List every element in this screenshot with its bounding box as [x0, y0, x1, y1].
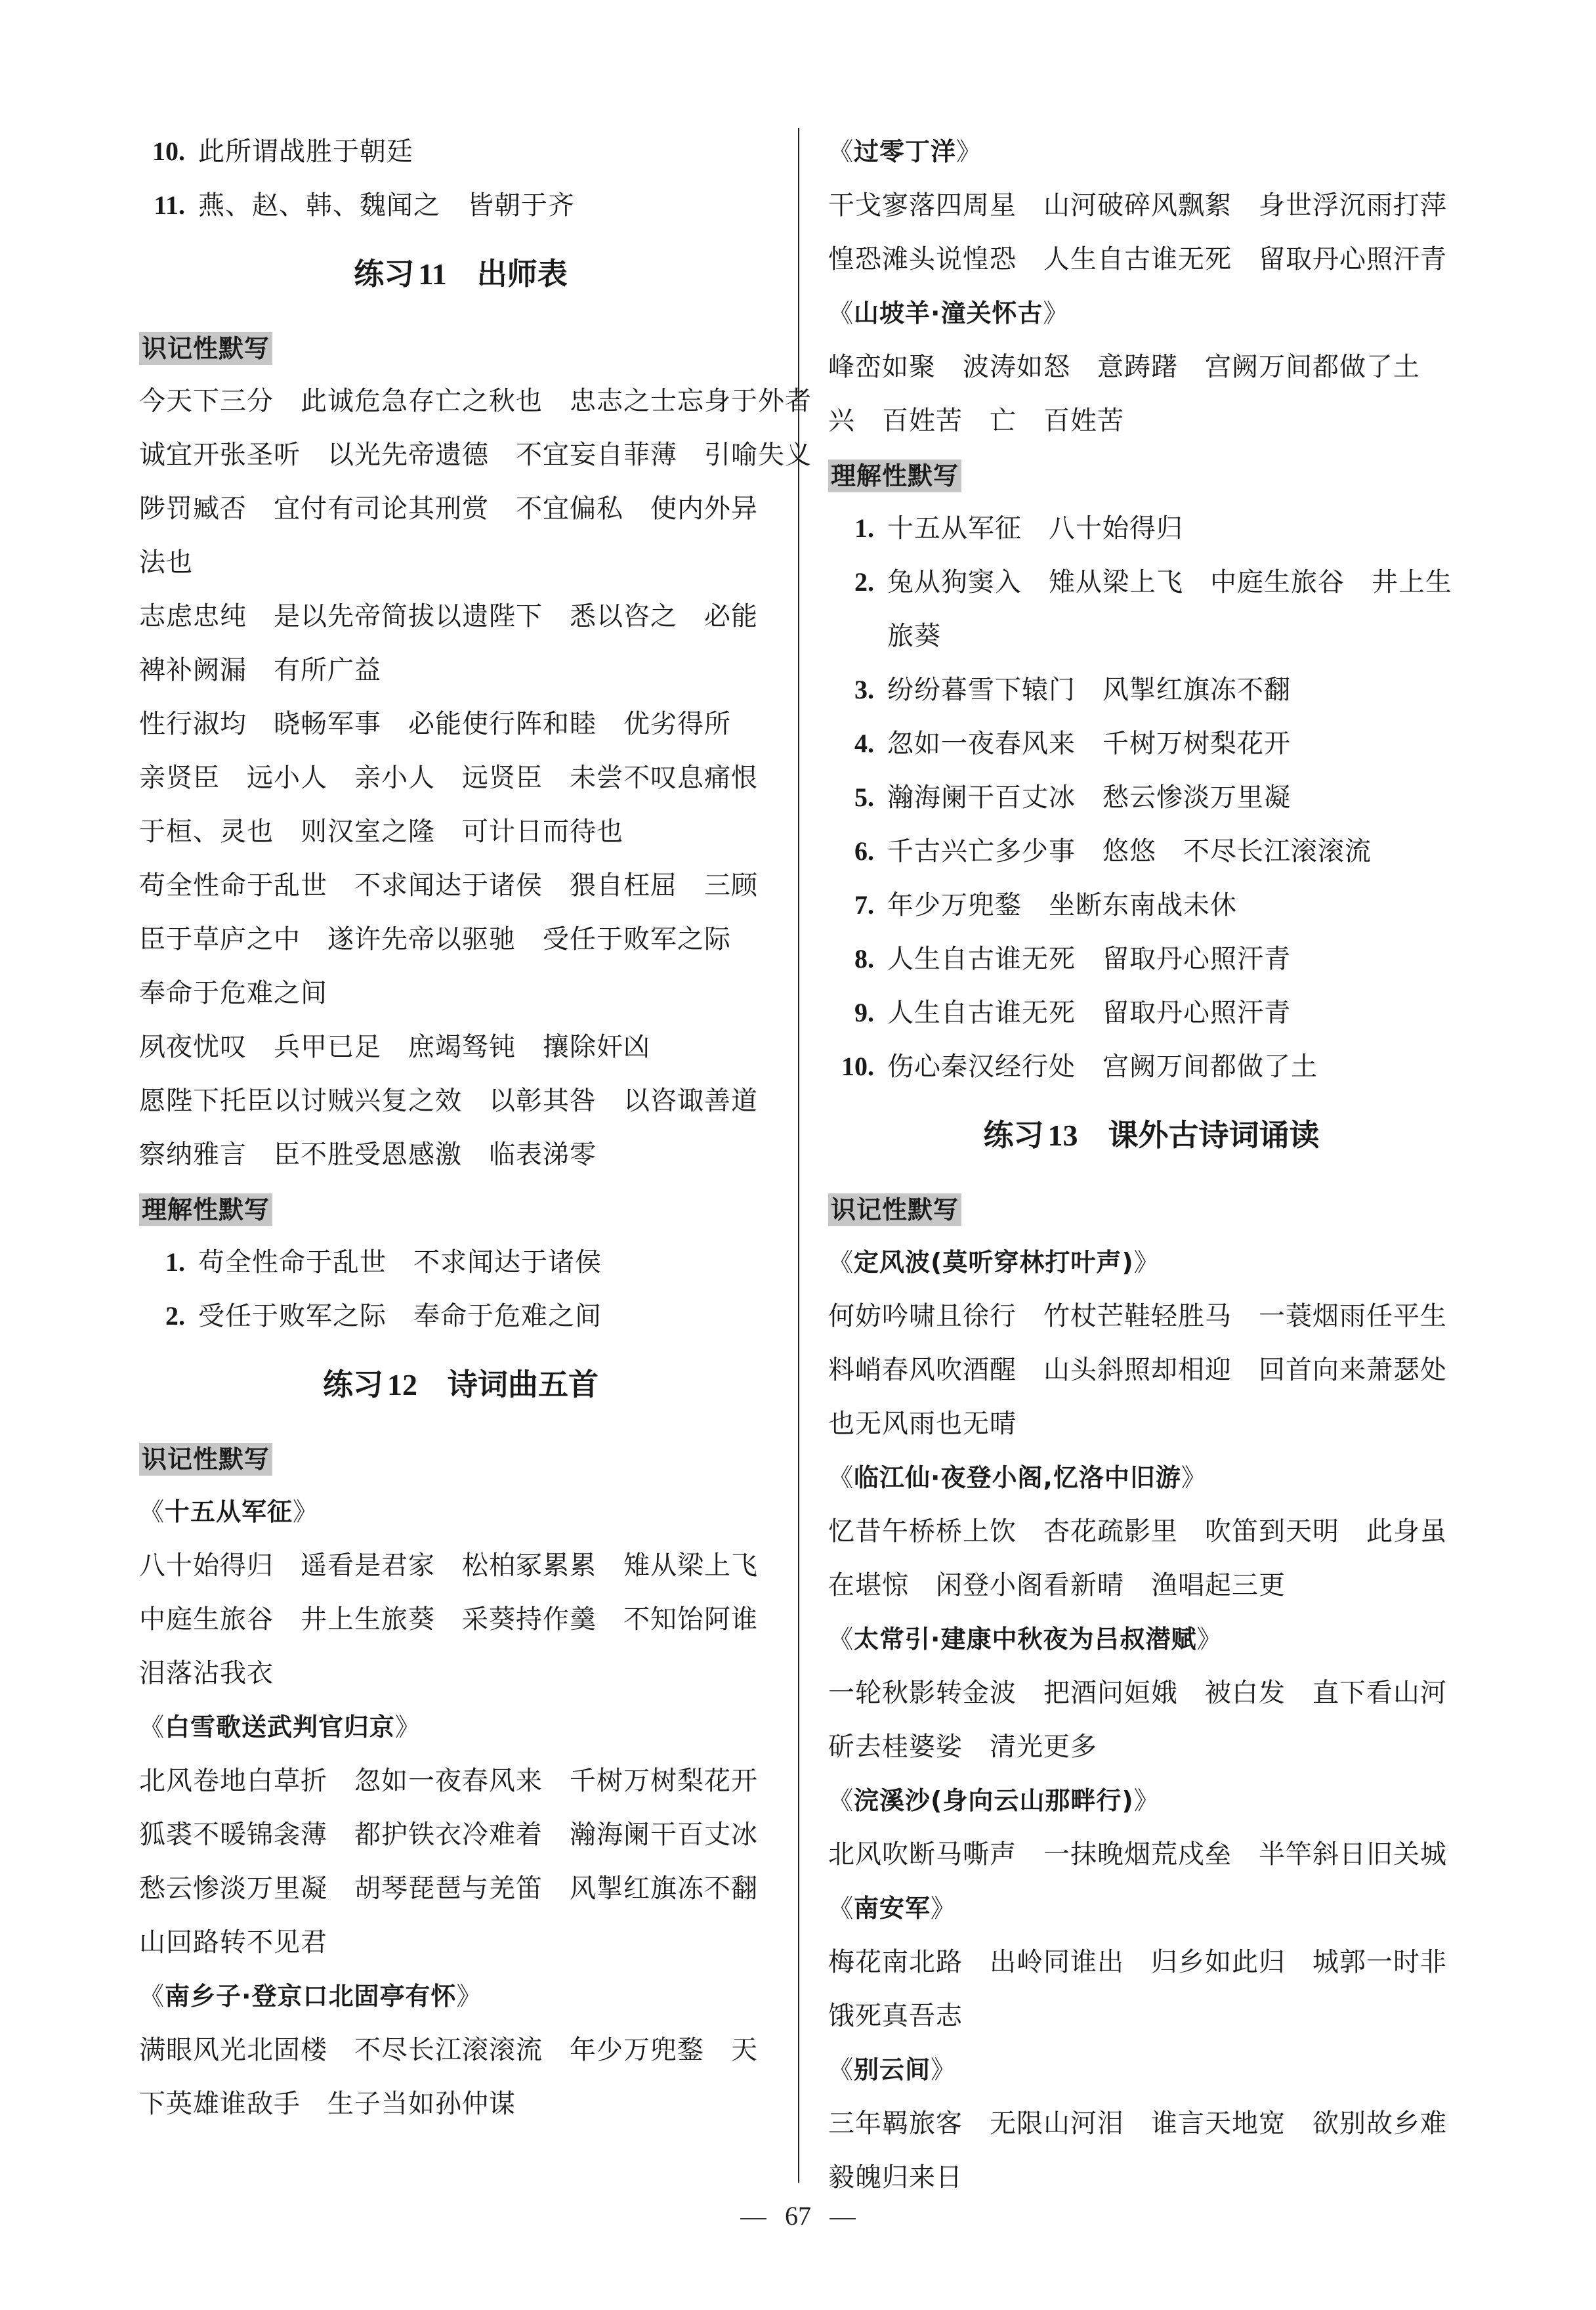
answer-item: 4.忽如一夜春风来 千树万树梨花开 — [828, 717, 1475, 771]
answer-item: 1.十五从军征 八十始得归 — [828, 502, 1475, 555]
exercise-name: 课外古诗词诵读 — [1108, 1117, 1320, 1153]
item-number: 1. — [828, 502, 887, 555]
section-label-memory: 识记性默写 — [828, 1193, 961, 1226]
text-line: 今天下三分 此诚危急存亡之秋也 忠志之士忘身于外者 — [139, 374, 782, 428]
poem-title: 《别云间》 — [828, 2043, 1475, 2097]
exercise-prefix: 练习 — [984, 1117, 1044, 1153]
dash-right — [829, 2218, 856, 2219]
answer-item: 7.年少万兜鍪 坐断东南战未休 — [828, 878, 1475, 932]
text-line: 惶恐滩头说惶恐 人生自古谁无死 留取丹心照汗青 — [828, 232, 1475, 286]
poem-title: 《白雪歌送武判官归京》 — [139, 1700, 782, 1754]
text-line: 满眼风光北固楼 不尽长江滚滚流 年少万兜鍪 天 — [139, 2023, 782, 2077]
text-line: 苟全性命于乱世 不求闻达于诸侯 猥自枉屈 三顾 — [139, 859, 782, 912]
item-text: 纷纷暮雪下辕门 风掣红旗冻不翻 — [887, 663, 1475, 717]
item-number: 11. — [139, 179, 198, 232]
answer-item: 8.人生自古谁无死 留取丹心照汗青 — [828, 932, 1475, 986]
poem-title: 《浣溪沙(身向云山那畔行)》 — [828, 1774, 1475, 1828]
text-line: 志虑忠纯 是以先帝简拔以遗陛下 悉以咨之 必能 — [139, 589, 782, 643]
section-label-memory: 识记性默写 — [139, 1443, 272, 1476]
text-line: 山回路转不见君 — [139, 1915, 782, 1969]
item-text: 年少万兜鍪 坐断东南战未休 — [887, 878, 1475, 932]
item-number: 6. — [828, 824, 887, 878]
column-divider — [798, 128, 799, 2183]
poem-title-text: 浣溪沙(身向云山那畔行) — [854, 1786, 1134, 1815]
text-line: 于桓、灵也 则汉室之隆 可计日而待也 — [139, 805, 782, 859]
poem-title-text: 十五从军征 — [165, 1497, 293, 1526]
item-text: 十五从军征 八十始得归 — [887, 502, 1475, 555]
item-text: 兔从狗窦入 雉从梁上飞 中庭生旅谷 井上生旅葵 — [887, 555, 1475, 663]
poem-title-text: 过零丁洋 — [854, 137, 956, 166]
text-line: 察纳雅言 臣不胜受恩感激 临表涕零 — [139, 1128, 782, 1182]
item-number: 2. — [828, 555, 887, 663]
item-number: 1. — [139, 1235, 198, 1289]
text-line: 毅魄归来日 — [828, 2150, 1475, 2204]
answer-item: 10.伤心秦汉经行处 宫阙万间都做了土 — [828, 1040, 1475, 1094]
right-column: 《过零丁洋》 干戈寥落四周星 山河破碎风飘絮 身世浮沉雨打萍 惶恐滩头说惶恐 人… — [828, 125, 1475, 2204]
page-footer: 67 — [0, 2200, 1596, 2231]
exercise-name: 出师表 — [477, 256, 568, 291]
item-number: 4. — [828, 717, 887, 771]
text-line: 裨补阙漏 有所广益 — [139, 643, 782, 697]
item-text: 此所谓战胜于朝廷 — [198, 125, 782, 179]
poem-title-text: 临江仙·夜登小阁,忆洛中旧游 — [854, 1463, 1181, 1492]
text-line: 下英雄谁敌手 生子当如孙仲谋 — [139, 2077, 782, 2131]
text-line: 忆昔午桥桥上饮 杏花疏影里 吹笛到天明 此身虽 — [828, 1505, 1475, 1558]
answer-item: 10. 此所谓战胜于朝廷 — [139, 125, 782, 179]
poem-title-text: 定风波(莫听穿林打叶声) — [854, 1248, 1134, 1277]
text-line: 夙夜忧叹 兵甲已足 庶竭驽钝 攘除奸凶 — [139, 1020, 782, 1074]
exercise-12-title: 练习12诗词曲五首 — [139, 1358, 782, 1411]
text-line: 何妨吟啸且徐行 竹杖芒鞋轻胜马 一蓑烟雨任平生 — [828, 1289, 1475, 1343]
text-line: 饿死真吾志 — [828, 1989, 1475, 2043]
item-number: 5. — [828, 771, 887, 824]
item-text: 人生自古谁无死 留取丹心照汗青 — [887, 932, 1475, 986]
text-line: 臣于草庐之中 遂许先帝以驱驰 受任于败军之际 — [139, 912, 782, 966]
item-text: 苟全性命于乱世 不求闻达于诸侯 — [198, 1235, 782, 1289]
poem-title-text: 太常引·建康中秋夜为吕叔潜赋 — [854, 1625, 1196, 1654]
text-line: 一轮秋影转金波 把酒问姮娥 被白发 直下看山河 — [828, 1666, 1475, 1720]
item-number: 10. — [828, 1040, 887, 1094]
poem-title: 《山坡羊·潼关怀古》 — [828, 286, 1475, 340]
page-number: 67 — [785, 2201, 811, 2231]
text-line: 八十始得归 遥看是君家 松柏冢累累 雉从梁上飞 — [139, 1539, 782, 1593]
exercise-number: 13 — [1048, 1119, 1078, 1152]
poem-title-text: 白雪歌送武判官归京 — [165, 1713, 395, 1742]
poem-title-text: 南乡子·登京口北固亭有怀 — [165, 1982, 456, 2011]
answer-item: 6.千古兴亡多少事 悠悠 不尽长江滚滚流 — [828, 824, 1475, 878]
poem-title: 《十五从军征》 — [139, 1485, 782, 1539]
item-number: 7. — [828, 878, 887, 932]
item-number: 8. — [828, 932, 887, 986]
text-line: 亲贤臣 远小人 亲小人 远贤臣 未尝不叹息痛恨 — [139, 751, 782, 805]
item-text: 千古兴亡多少事 悠悠 不尽长江滚滚流 — [887, 824, 1475, 878]
exercise-name: 诗词曲五首 — [448, 1367, 598, 1402]
text-line: 法也 — [139, 536, 782, 589]
poem-title-text: 山坡羊·潼关怀古 — [854, 299, 1043, 328]
text-line: 泪落沾我衣 — [139, 1646, 782, 1700]
poem-title-text: 南安军 — [854, 1894, 931, 1923]
item-text: 瀚海阑干百丈冰 愁云惨淡万里凝 — [887, 771, 1475, 824]
poem-title-text: 别云间 — [854, 2055, 931, 2084]
item-number: 9. — [828, 986, 887, 1040]
section-label-memory: 识记性默写 — [139, 332, 272, 365]
poem-title: 《南安军》 — [828, 1881, 1475, 1935]
text-line: 料峭春风吹酒醒 山头斜照却相迎 回首向来萧瑟处 — [828, 1343, 1475, 1397]
text-line: 三年羁旅客 无限山河泪 谁言天地宽 欲别故乡难 — [828, 2097, 1475, 2150]
exercise-prefix: 练习 — [354, 256, 414, 291]
exercise-number: 12 — [387, 1368, 417, 1401]
item-text: 忽如一夜春风来 千树万树梨花开 — [887, 717, 1475, 771]
exercise-11-title: 练习11出师表 — [139, 247, 782, 301]
item-text: 人生自古谁无死 留取丹心照汗青 — [887, 986, 1475, 1040]
text-line: 北风吹断马嘶声 一抹晚烟荒戍垒 半竿斜日旧关城 — [828, 1828, 1475, 1881]
text-line: 奉命于危难之间 — [139, 966, 782, 1020]
section-label-understanding: 理解性默写 — [828, 460, 961, 492]
item-text: 燕、赵、韩、魏闻之 皆朝于齐 — [198, 179, 782, 232]
item-number: 3. — [828, 663, 887, 717]
left-column: 10. 此所谓战胜于朝廷 11. 燕、赵、韩、魏闻之 皆朝于齐 练习11出师表 … — [139, 125, 782, 2131]
answer-item: 2.兔从狗窦入 雉从梁上飞 中庭生旅谷 井上生旅葵 — [828, 555, 1475, 663]
exercise-13-title: 练习13课外古诗词诵读 — [828, 1108, 1475, 1162]
answer-item: 11. 燕、赵、韩、魏闻之 皆朝于齐 — [139, 179, 782, 232]
text-line: 也无风雨也无晴 — [828, 1397, 1475, 1451]
text-line: 斫去桂婆娑 清光更多 — [828, 1720, 1475, 1774]
item-number: 10. — [139, 125, 198, 179]
item-text: 伤心秦汉经行处 宫阙万间都做了土 — [887, 1040, 1475, 1094]
exercise-number: 11 — [418, 257, 446, 291]
text-line: 梅花南北路 出岭同谁出 归乡如此归 城郭一时非 — [828, 1935, 1475, 1989]
text-line: 北风卷地白草折 忽如一夜春风来 千树万树梨花开 — [139, 1754, 782, 1808]
section-label-understanding: 理解性默写 — [139, 1193, 272, 1226]
answer-item: 3.纷纷暮雪下辕门 风掣红旗冻不翻 — [828, 663, 1475, 717]
text-line: 干戈寥落四周星 山河破碎风飘絮 身世浮沉雨打萍 — [828, 179, 1475, 232]
answer-item: 9.人生自古谁无死 留取丹心照汗青 — [828, 986, 1475, 1040]
text-line: 陟罚臧否 宜付有司论其刑赏 不宜偏私 使内外异 — [139, 482, 782, 536]
poem-title: 《定风波(莫听穿林打叶声)》 — [828, 1235, 1475, 1289]
text-line: 性行淑均 晓畅军事 必能使行阵和睦 优劣得所 — [139, 697, 782, 751]
text-line: 愿陛下托臣以讨贼兴复之效 以彰其咎 以咨诹善道 — [139, 1074, 782, 1128]
answer-item: 2. 受任于败军之际 奉命于危难之间 — [139, 1289, 782, 1343]
text-line: 在堪惊 闲登小阁看新晴 渔唱起三更 — [828, 1558, 1475, 1612]
text-line: 诚宜开张圣听 以光先帝遗德 不宜妄自菲薄 引喻失义 — [139, 428, 782, 482]
answer-item: 5.瀚海阑干百丈冰 愁云惨淡万里凝 — [828, 771, 1475, 824]
text-line: 中庭生旅谷 井上生旅葵 采葵持作羹 不知饴阿谁 — [139, 1593, 782, 1646]
exercise-prefix: 练习 — [323, 1367, 383, 1402]
text-line: 峰峦如聚 波涛如怒 意踌躇 宫阙万间都做了土 — [828, 340, 1475, 394]
poem-title: 《太常引·建康中秋夜为吕叔潜赋》 — [828, 1612, 1475, 1666]
text-line: 愁云惨淡万里凝 胡琴琵琶与羌笛 风掣红旗冻不翻 — [139, 1862, 782, 1915]
item-text: 受任于败军之际 奉命于危难之间 — [198, 1289, 782, 1343]
answer-item: 1. 苟全性命于乱世 不求闻达于诸侯 — [139, 1235, 782, 1289]
poem-title: 《过零丁洋》 — [828, 125, 1475, 179]
text-line: 兴 百姓苦 亡 百姓苦 — [828, 394, 1475, 448]
text-line: 狐裘不暖锦衾薄 都护铁衣冷难着 瀚海阑干百丈冰 — [139, 1808, 782, 1862]
poem-title: 《临江仙·夜登小阁,忆洛中旧游》 — [828, 1451, 1475, 1505]
dash-left — [740, 2218, 766, 2219]
item-number: 2. — [139, 1289, 198, 1343]
poem-title: 《南乡子·登京口北固亭有怀》 — [139, 1969, 782, 2023]
